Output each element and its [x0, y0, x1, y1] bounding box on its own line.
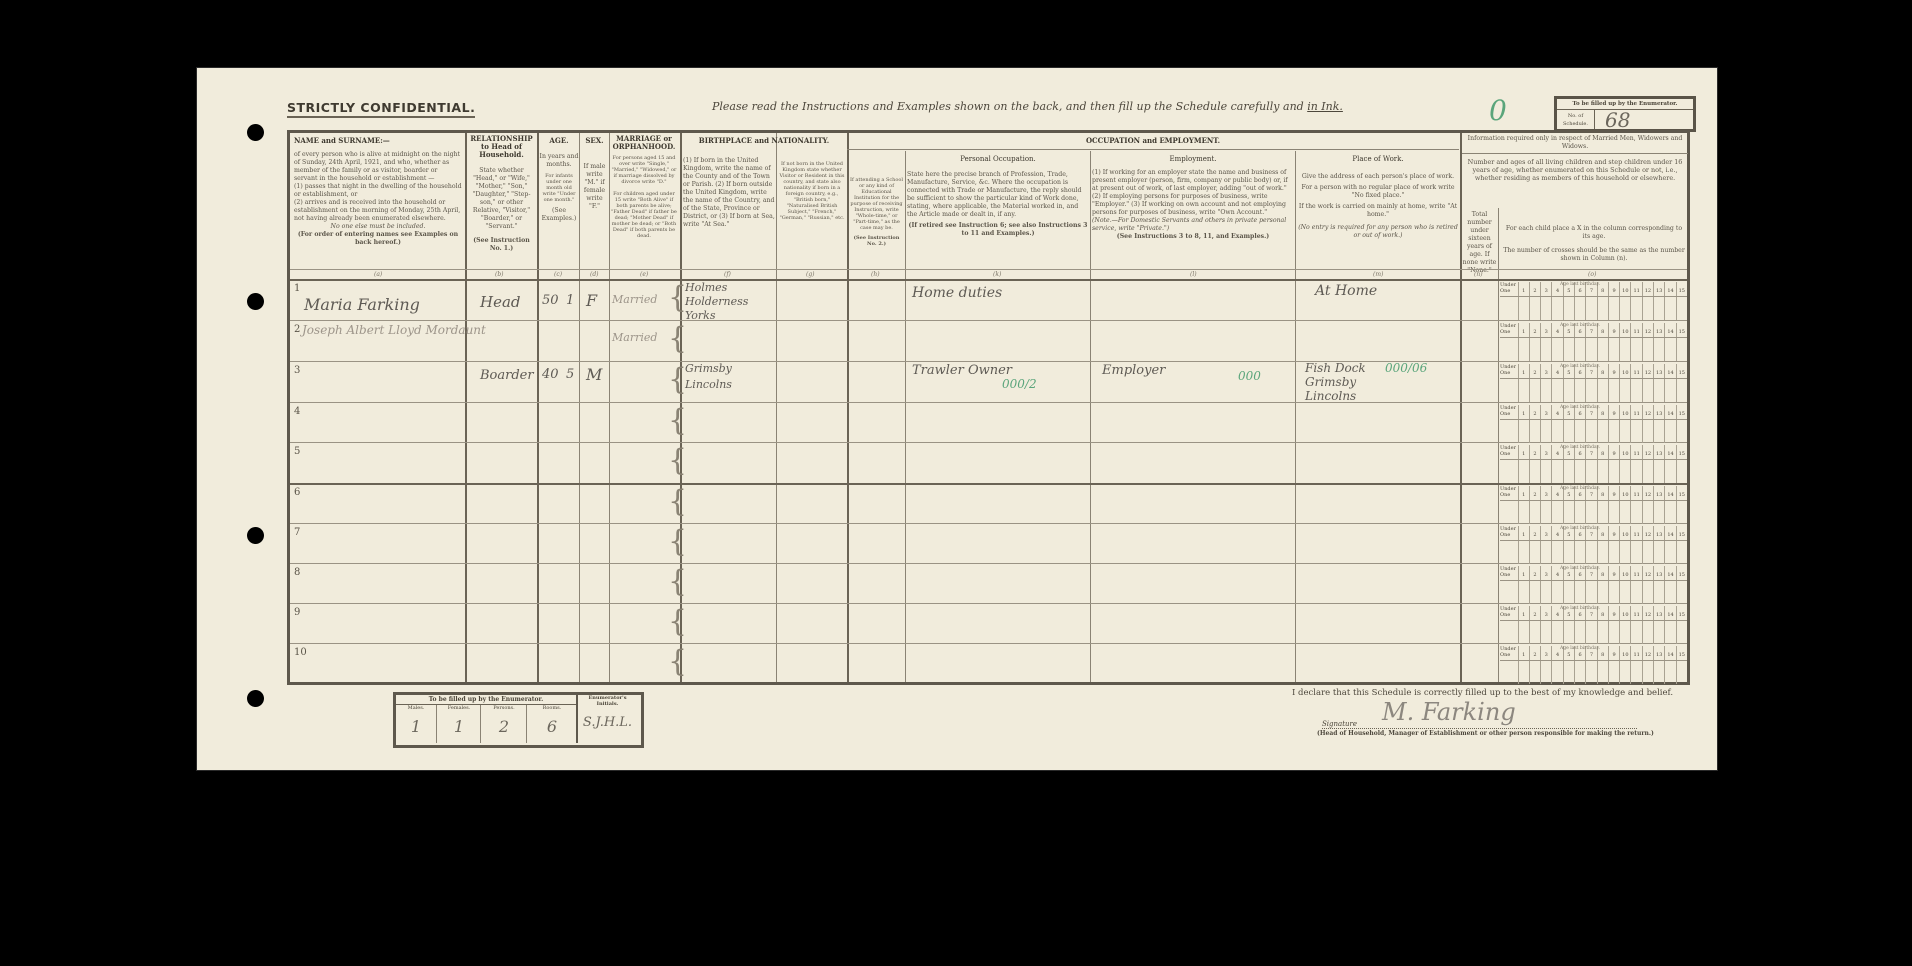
row-line	[290, 603, 1687, 604]
place-of-work-value: At Home	[1315, 283, 1377, 299]
females-cell: Females.1	[436, 705, 481, 743]
nationality-text: If not born in the United Kingdom state …	[778, 161, 846, 221]
brace-icon: {	[668, 527, 687, 557]
row-number: 1	[294, 283, 300, 294]
row-number: 8	[294, 567, 300, 578]
marriage-value: Married	[612, 293, 657, 306]
age-header: AGE. In years and months. For infants un…	[539, 137, 579, 223]
signature-caption: (Head of Household, Manager of Establish…	[1317, 730, 1654, 737]
brace-icon: {	[668, 406, 687, 436]
children-total-header: Total number under sixteen years of age.…	[1462, 211, 1497, 275]
row-number: 3	[294, 365, 300, 376]
row-number: 2	[294, 324, 300, 335]
relationship-value: Boarder	[480, 368, 534, 383]
col-letter: (d)	[590, 271, 599, 278]
col-divider	[579, 133, 580, 682]
place-of-work-header: Place of Work. Give the address of each …	[1298, 155, 1458, 240]
row-number: 5	[294, 446, 300, 457]
rooms-cell: Rooms.6	[526, 705, 577, 743]
age-years: 40	[542, 367, 559, 382]
col-letter: (o)	[1588, 271, 1596, 278]
row-line	[290, 320, 1687, 321]
place-code: 000/06	[1385, 361, 1427, 375]
signature-value: M. Farking	[1382, 698, 1516, 726]
col-letter: (b)	[495, 271, 504, 278]
children-ages-header: For each child place a X in the column c…	[1502, 225, 1686, 263]
schedule-number-box: To be filled up by the Enumerator. No. o…	[1554, 96, 1696, 132]
personal-occupation-header: Personal Occupation. State here the prec…	[907, 155, 1089, 238]
age-months: 1	[566, 293, 574, 308]
col-letter: (g)	[806, 271, 815, 278]
children-age-grid: Under One123456789101112131415Age last b…	[1500, 405, 1687, 443]
relationship-value: Head	[480, 293, 521, 311]
header-bottom	[290, 279, 1687, 281]
person-name: Maria Farking	[304, 295, 420, 314]
row-number: 6	[294, 487, 300, 498]
row-line	[290, 402, 1687, 403]
children-header: Information required only in respect of …	[1462, 135, 1688, 182]
brace-icon: {	[668, 647, 687, 677]
employment-code: 000	[1238, 369, 1261, 383]
page-title: STRICTLY CONFIDENTIAL.	[287, 100, 475, 118]
occupation-value: Trawler Owner	[912, 363, 1012, 378]
occupation-value: Home duties	[912, 285, 1002, 301]
sex-value: M	[586, 365, 602, 384]
relationship-header: RELATIONSHIP to Head of Household. State…	[468, 135, 535, 253]
birthplace-value: Holmes Holderness Yorks	[685, 281, 775, 323]
birthplace-uk-text: (1) If born in the United Kingdom, write…	[683, 157, 775, 229]
brace-icon: {	[668, 324, 687, 354]
enumerator-initials-cell: Enumerator's Initials.S.J.H.L.	[576, 695, 637, 743]
household-table: NAME and SURNAME:— of every person who i…	[287, 130, 1690, 685]
punch-hole	[247, 690, 264, 707]
brace-icon: {	[668, 446, 687, 476]
instructions-line: Please read the Instructions and Example…	[712, 100, 1343, 113]
row-number: 9	[294, 607, 300, 618]
brace-icon: {	[668, 567, 687, 597]
age-months: 5	[566, 367, 574, 382]
col-letter: (f)	[724, 271, 731, 278]
occupation-code: 000/2	[1002, 377, 1037, 391]
punch-hole	[247, 124, 264, 141]
occupation-group-header: OCCUPATION and EMPLOYMENT.	[847, 137, 1459, 150]
persons-cell: Persons.2	[480, 705, 527, 743]
punch-hole	[247, 293, 264, 310]
declaration-text: I declare that this Schedule is correctl…	[1292, 688, 1673, 698]
birthplace-value: Grimsby Lincolns	[685, 361, 775, 393]
birthplace-header: BIRTHPLACE and NATIONALITY.	[682, 137, 846, 145]
col-letter: (n)	[1474, 271, 1483, 278]
children-age-grid: Under One123456789101112131415Age last b…	[1500, 526, 1687, 564]
children-age-grid: Under One123456789101112131415Age last b…	[1500, 323, 1687, 361]
children-age-grid: Under One123456789101112131415Age last b…	[1500, 646, 1687, 684]
row-line	[290, 361, 1687, 362]
row-line	[290, 483, 1687, 485]
row-number: 7	[294, 527, 300, 538]
children-age-grid: Under One123456789101112131415Age last b…	[1500, 606, 1687, 644]
col-letter: (e)	[640, 271, 648, 278]
col-letter: (c)	[554, 271, 562, 278]
age-years: 50	[542, 293, 559, 308]
col-divider	[776, 133, 777, 682]
person-name: Joseph Albert Lloyd Mordaunt	[302, 323, 486, 337]
row-line	[290, 563, 1687, 564]
col-letter: (h)	[871, 271, 880, 278]
schedule-box-label: No. of Schedule.	[1557, 110, 1595, 129]
children-age-grid: Under One123456789101112131415Age last b…	[1500, 486, 1687, 524]
children-age-grid: Under One123456789101112131415Age last b…	[1500, 364, 1687, 402]
col-letter: (m)	[1373, 271, 1383, 278]
green-annotation: 0	[1489, 94, 1507, 127]
row-line	[290, 643, 1687, 644]
employment-header: Employment. (1) If working for an employ…	[1092, 155, 1294, 241]
marriage-header: MARRIAGE or ORPHANHOOD. For persons aged…	[610, 135, 678, 239]
children-age-grid: Under One123456789101112131415Age last b…	[1500, 445, 1687, 483]
row-line	[290, 442, 1687, 443]
brace-icon: {	[668, 607, 687, 637]
enumerator-box: To be filled up by the Enumerator. Males…	[393, 692, 644, 748]
header-divider	[290, 269, 1687, 270]
row-line	[290, 523, 1687, 524]
enumerator-title: To be filled up by the Enumerator.	[396, 695, 576, 705]
sex-value: F	[586, 291, 597, 310]
sex-header: SEX. If male write "M." if female write …	[580, 137, 609, 211]
col-letter: (l)	[1190, 271, 1197, 278]
col-letter: (k)	[993, 271, 1001, 278]
employment-value: Employer	[1102, 363, 1165, 378]
children-age-grid: Under One123456789101112131415Age last b…	[1500, 566, 1687, 604]
punch-hole	[247, 527, 264, 544]
education-header: If attending a School or any kind of Edu…	[849, 177, 904, 247]
census-schedule-page: STRICTLY CONFIDENTIAL. Please read the I…	[197, 68, 1717, 770]
children-age-grid: Under One 123456789101112131415 Age last…	[1500, 282, 1687, 320]
marriage-value: Married	[612, 331, 657, 344]
col-divider	[465, 133, 467, 682]
col-letter: (a)	[374, 271, 382, 278]
name-header: NAME and SURNAME:— of every person who i…	[294, 137, 462, 247]
males-cell: Males.1	[396, 705, 436, 743]
row-number: 4	[294, 406, 300, 417]
brace-icon: {	[668, 487, 687, 517]
row-number: 10	[294, 647, 307, 658]
schedule-number: 68	[1605, 108, 1630, 132]
